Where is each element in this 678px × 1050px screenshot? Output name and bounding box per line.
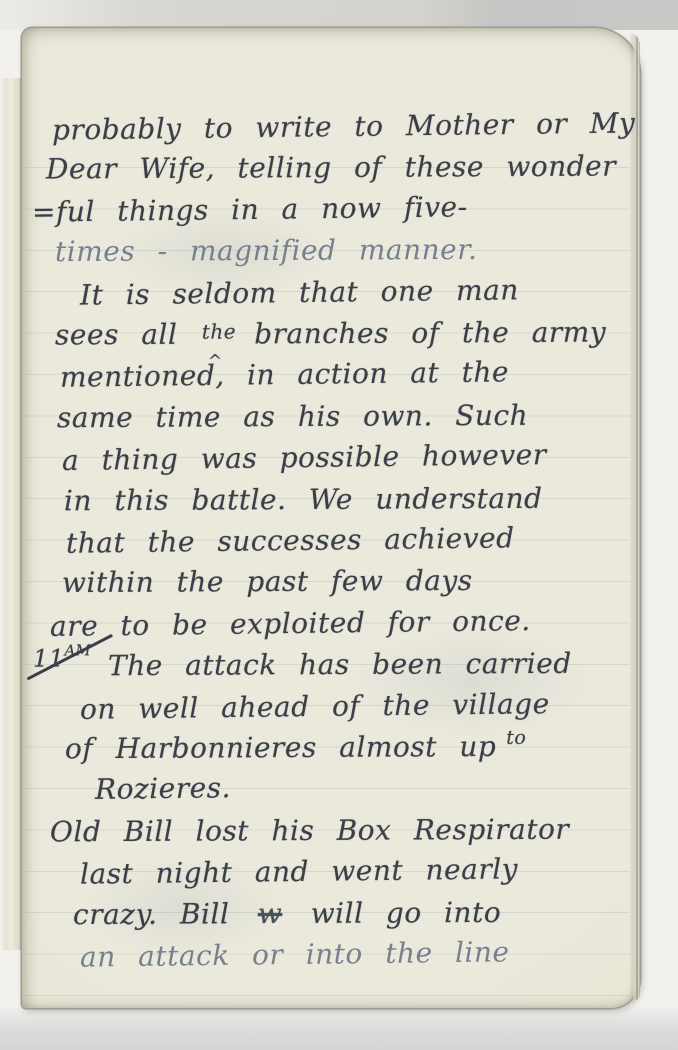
line-text: will go into bbox=[311, 896, 502, 930]
handwritten-line: a thing was possible however bbox=[62, 438, 547, 477]
handwritten-line: It is seldom that one man bbox=[80, 273, 519, 311]
inserted-word: the bbox=[202, 319, 236, 343]
handwritten-line: times - magnified manner. bbox=[55, 233, 478, 268]
handwritten-line: of Harbonnieres almost upto bbox=[65, 730, 526, 765]
handwritten-line: crazy. Bill w will go into bbox=[73, 896, 501, 931]
manuscript-text: probably to write to Mother or My Dear W… bbox=[22, 28, 640, 1008]
line-text: of Harbonnieres almost up bbox=[65, 730, 496, 765]
line-text: branches of the army bbox=[254, 316, 606, 351]
handwritten-line: within the past few days bbox=[62, 564, 473, 599]
handwritten-line: an attack or into the line bbox=[80, 935, 510, 973]
handwritten-line: =ful things in a now five- bbox=[32, 190, 468, 228]
handwritten-line: probably to write to Mother or My bbox=[52, 106, 636, 146]
handwritten-line: Old Bill lost his Box Respirator bbox=[50, 813, 569, 849]
margin-time-note: 11AM bbox=[33, 641, 91, 672]
page-stack-edge-left bbox=[0, 78, 24, 950]
handwritten-line: Rozieres. bbox=[95, 771, 231, 806]
handwritten-line: Dear Wife, telling of these wonder bbox=[46, 150, 616, 186]
handwritten-line: 11AM The attack has been carried bbox=[108, 647, 572, 682]
line-text: sees all bbox=[55, 318, 178, 352]
handwritten-line: in this battle. We understand bbox=[64, 482, 543, 518]
scan-background: { "document_type": "handwritten notebook… bbox=[0, 0, 678, 1050]
handwritten-line: last night and went nearly bbox=[80, 852, 518, 890]
handwritten-line: mentioned, in action at the bbox=[60, 355, 509, 393]
handwritten-line: sees all ^ the branches of the army bbox=[55, 316, 606, 352]
scanner-backing-top bbox=[0, 0, 678, 30]
line-text: The attack has been carried bbox=[108, 647, 572, 682]
handwritten-line: are to be exploited for once. bbox=[50, 604, 531, 643]
superscript-word: to bbox=[506, 727, 526, 749]
strikethrough-word: w bbox=[258, 897, 283, 930]
notebook-page: probably to write to Mother or My Dear W… bbox=[22, 28, 640, 1008]
handwritten-line: that the successes achieved bbox=[66, 521, 515, 559]
scanner-backing-bottom bbox=[0, 1006, 678, 1050]
handwritten-line: on well ahead of the village bbox=[80, 687, 550, 726]
line-text: crazy. Bill bbox=[73, 897, 230, 931]
handwritten-line: same time as his own. Such bbox=[57, 399, 528, 434]
